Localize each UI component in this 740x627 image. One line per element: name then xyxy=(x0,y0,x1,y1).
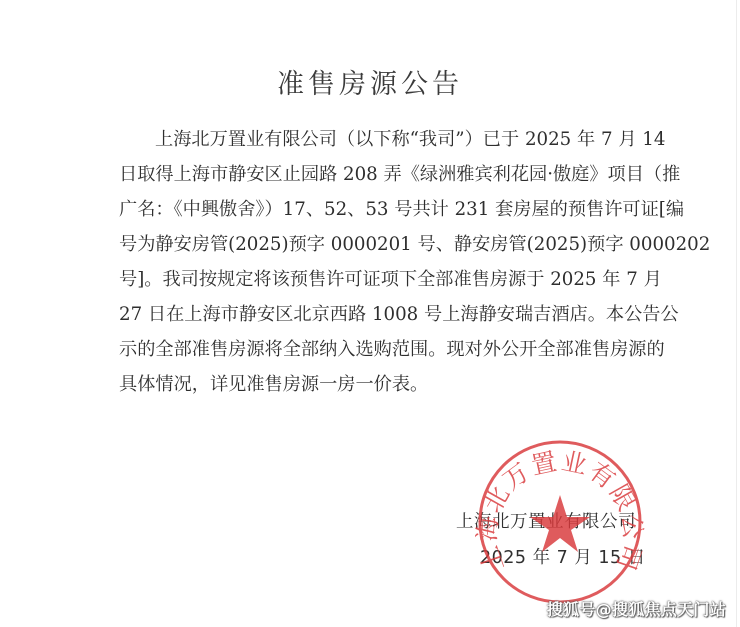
document-title: 准售房源公告 xyxy=(0,62,740,101)
document-page: 准售房源公告 上海北万置业有限公司（以下称“我司”）已于 2025 年 7 月 … xyxy=(0,0,740,627)
paragraph-line: 广名：《中興傲舍》）17、52、53 号共计 231 套房屋的预售许可证[编 xyxy=(119,192,629,227)
source-watermark: 搜狐号@搜狐焦点天门站 xyxy=(547,597,726,620)
announcement-paragraph: 上海北万置业有限公司（以下称“我司”）已于 2025 年 7 月 14 日取得上… xyxy=(119,122,629,402)
paragraph-line: 27 日在上海市静安区北京西路 1008 号上海静安瑞吉酒店。本公告公 xyxy=(119,297,629,332)
paragraph-line: 号]。我司按规定将该预售许可证项下全部准售房源于 2025 年 7 月 xyxy=(119,262,629,297)
paragraph-line: 号为静安房管(2025)预字 0000201 号、静安房管(2025)预字 00… xyxy=(119,227,629,262)
paragraph-line: 上海北万置业有限公司（以下称“我司”）已于 2025 年 7 月 14 xyxy=(119,122,629,157)
signature-date: 2025 年 7 月 15 日 xyxy=(456,544,631,569)
signature-block: 上海北万置业有限公司 2025 年 7 月 15 日 xyxy=(456,508,631,569)
paragraph-line: 示的全部准售房源将全部纳入选购范围。现对外公开全部准售房源的 xyxy=(119,332,629,367)
signature-company: 上海北万置业有限公司 xyxy=(456,508,631,533)
paragraph-line: 具体情况，详见准售房源一房一价表。 xyxy=(119,367,629,402)
paragraph-line: 日取得上海市静安区止园路 208 弄《绿洲雅宾利花园·傲庭》项目（推 xyxy=(119,157,629,192)
